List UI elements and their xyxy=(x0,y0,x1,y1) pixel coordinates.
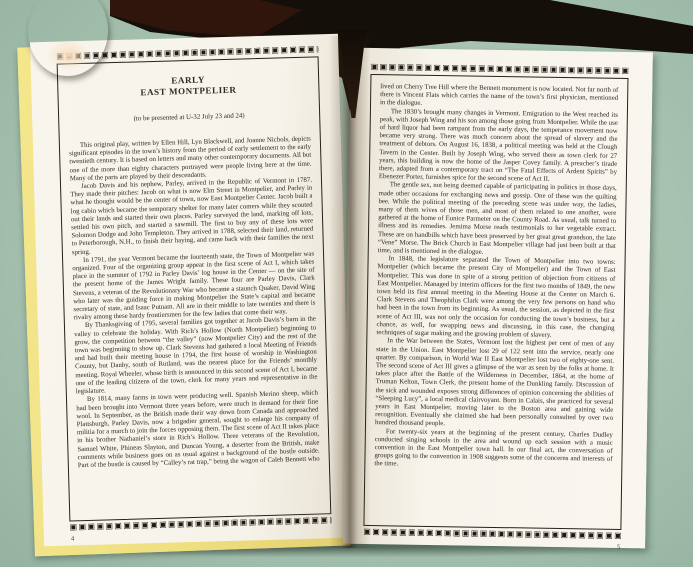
paragraph: In the War between the States, Vermont l… xyxy=(375,337,614,431)
paragraph: Jacob Davis and his nephew, Parley, arri… xyxy=(70,177,314,258)
paragraph: The gentle sex, not being deemed capable… xyxy=(378,182,617,260)
paragraph: In 1791, the year Vermont became the fou… xyxy=(72,250,316,322)
thumb-tip-highlight xyxy=(46,38,92,72)
paragraph: By 1814, many farms in town were produci… xyxy=(76,390,320,471)
right-page-body: lived on Cherry Tree Hill where the Benn… xyxy=(374,83,618,472)
left-page-body: This original play, written by Ellen Hil… xyxy=(69,136,320,471)
left-text-frame: EARLY EAST MONTPELIER (to be presented a… xyxy=(57,56,332,521)
paragraph: In 1848, the legislature separated the T… xyxy=(376,255,615,341)
paragraph: The 1830’s brought many changes in Vermo… xyxy=(379,108,618,186)
booklet-subtitle: (to be presented at U-32 July 23 and 24) xyxy=(68,111,310,125)
paragraph: This original play, written by Ellen Hil… xyxy=(69,136,312,184)
right-text-frame: lived on Cherry Tree Hill where the Benn… xyxy=(363,74,628,530)
left-page: ▣▣▣▣▣▣▣▣▣▣▣▣▣▣▣▣▣▣▣▣▣▣▣▣▣▣▣▣▣▣▣▣▣▣▣▣▣▣▣▣… xyxy=(30,34,352,546)
paragraph: For twenty-six years at the beginning of… xyxy=(374,428,613,473)
paragraph: lived on Cherry Tree Hill where the Benn… xyxy=(380,83,618,111)
paragraph: By Thanksgiving of 1795, several familie… xyxy=(74,316,318,397)
right-page: ▣▣▣▣▣▣▣▣▣▣▣▣▣▣▣▣▣▣▣▣▣▣▣▣▣▣▣▣▣▣▣▣▣▣▣▣▣▣▣▣… xyxy=(343,48,653,549)
